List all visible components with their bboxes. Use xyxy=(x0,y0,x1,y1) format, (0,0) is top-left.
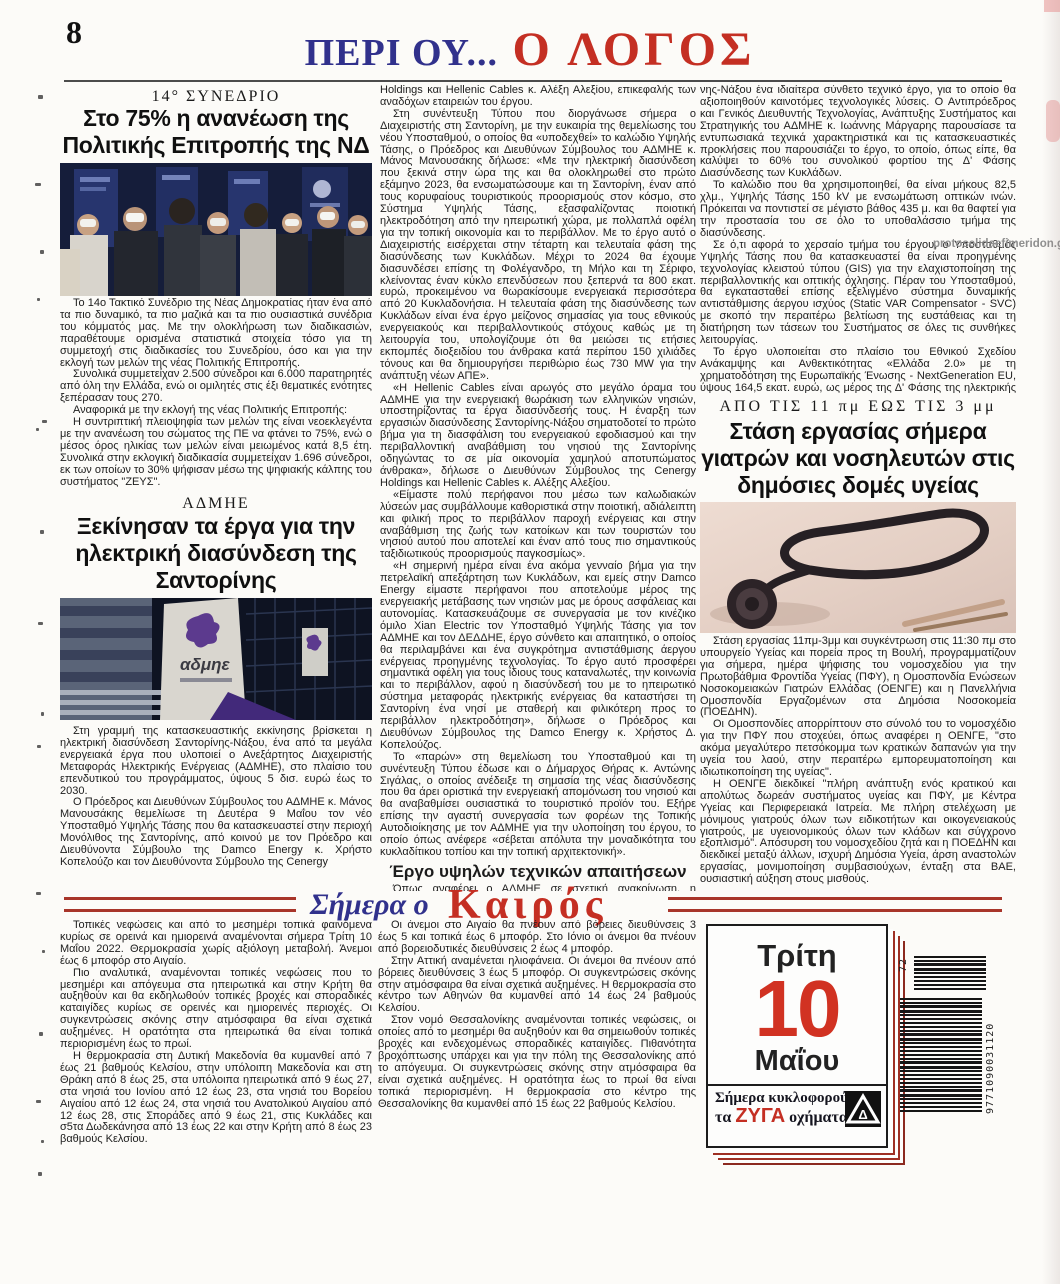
paragraph: Στον νομό Θεσσαλονίκης αναμένονται τοπικ… xyxy=(378,1015,696,1110)
print-artifact xyxy=(41,712,44,716)
print-artifact xyxy=(35,183,41,186)
paragraph: Το έργο υλοποιείται στο πλαίσιο του Εθνι… xyxy=(700,347,1016,393)
paragraph: «Είμαστε πολύ περήφανοι που μέσω των καλ… xyxy=(380,490,696,561)
calendar-note-pre: τα xyxy=(715,1109,735,1126)
paragraph: Η ΟΕΝΓΕ διεκδικεί "πλήρη ανάπτυξη ενός κ… xyxy=(700,779,1016,886)
print-artifact xyxy=(42,420,47,423)
print-artifact xyxy=(41,1140,44,1143)
paragraph: Οι Ομοσπονδίες απορρίπτουν στο σύνολό το… xyxy=(700,719,1016,779)
barcode-number: 9771090031120 xyxy=(985,998,996,1114)
calendar-divider xyxy=(708,1084,886,1086)
paragraph: Η συντριπτική πλειοψηφία των μελών της ε… xyxy=(60,417,372,488)
paragraph: Ο Πρόεδρος και Διευθύνων Σύμβουλος του Α… xyxy=(60,797,372,868)
nd-article-kicker: 14° ΣΥΝΕΔΡΙΟ xyxy=(60,88,372,106)
calendar-note-zyga: ΖΥΓΑ xyxy=(735,1105,785,1127)
nd-article-headline: Στο 75% η ανανέωση της Πολιτικής Επιτροπ… xyxy=(60,105,372,159)
print-artifact xyxy=(36,1100,41,1103)
calendar-card: Τρίτη 10 Μαΐου Σήμερα κυκλοφορούν τα ΖΥΓ… xyxy=(706,924,888,1148)
print-artifact xyxy=(40,530,44,534)
watermark: protoselidaefimeridon.gr xyxy=(933,238,1060,250)
paragraph: «Η σημερινή ημέρα είναι ένα ακόμα γενναί… xyxy=(380,561,696,752)
masthead-paper-title: Ο ΛΟΓΟΣ xyxy=(513,23,756,76)
calendar-note-post: οχήματα xyxy=(785,1109,848,1126)
paragraph: Στάση εργασίας 11πμ-3μμ και συγκέντρωση … xyxy=(700,636,1016,719)
admie-article-headline: Ξεκίνησαν τα έργα για την ηλεκτρική διασ… xyxy=(60,513,372,594)
barcode-top-bars xyxy=(914,956,986,990)
newspaper-page: 8 ΠΕΡΙ ΟΥ... Ο ΛΟΓΟΣ 14° ΣΥΝΕΔΡΙΟ Στο 75… xyxy=(0,0,1060,1284)
print-artifact xyxy=(36,428,39,431)
svg-text:αδμηε: αδμηε xyxy=(180,655,231,674)
print-artifact xyxy=(37,298,40,301)
svg-text:Δ: Δ xyxy=(858,1107,867,1122)
odd-even-triangle-icon: Δ xyxy=(845,1091,881,1127)
paragraph: Στη συνέντευξη Τύπου που διοργάνωσε σήμε… xyxy=(380,109,696,383)
strike-article-kicker: ΑΠΟ ΤΙΣ 11 πμ ΕΩΣ ΤΙΣ 3 μμ xyxy=(700,398,1016,416)
weather-rule-left xyxy=(64,897,296,912)
paragraph: Η θερμοκρασία στη Δυτική Μακεδονία θα κυ… xyxy=(60,1051,372,1146)
print-artifact xyxy=(42,950,45,953)
barcode-main-bars xyxy=(900,998,982,1114)
scan-pink-corner xyxy=(1044,0,1060,12)
paragraph: Στη γραμμή της κατασκευαστικής εκκίνησης… xyxy=(60,726,372,797)
scan-edge-tint xyxy=(1042,0,1060,1284)
paragraph: Το 14ο Τακτικό Συνέδριο της Νέας Δημοκρα… xyxy=(60,298,372,369)
print-artifact xyxy=(37,745,41,748)
masthead-section-title: ΠΕΡΙ ΟΥ... xyxy=(305,32,498,74)
nd-congress-photo xyxy=(60,163,372,296)
admie-article-kicker: ΑΔΜΗΕ xyxy=(60,495,372,513)
admie-article-body-col1: Στη γραμμή της κατασκευαστικής εκκίνησης… xyxy=(60,726,372,890)
masthead-rule xyxy=(64,80,1002,82)
weather-rule-right xyxy=(668,897,1002,912)
nd-congress-photo-svg xyxy=(60,163,372,296)
print-artifact xyxy=(39,1032,43,1036)
paragraph: Σε ό,τι αφορά το χερσαίο τμήμα του έργου… xyxy=(700,240,1016,347)
stethoscope-photo xyxy=(700,502,1016,633)
paragraph: Στην Αττική αναμένεται ηλιοφάνεια. Οι άν… xyxy=(378,956,696,1016)
paragraph: «Η Hellenic Cables είναι αρωγός στο μεγά… xyxy=(380,383,696,490)
paragraph: Το «παρών» στη θεμελίωση του Υποσταθμού … xyxy=(380,752,696,859)
paragraph: νης-Νάξου ένα ιδιαίτερα σύνθετο τεχνικό … xyxy=(700,85,1016,180)
admie-building-photo: αδμηε xyxy=(60,598,372,720)
masthead: ΠΕΡΙ ΟΥ... Ο ΛΟΓΟΣ xyxy=(0,26,1060,74)
weather-body-col2: Οι άνεμοι στο Αιγαίο θα πνέουν από βόρει… xyxy=(378,920,696,1182)
weather-title-part1: Σήμερα ο xyxy=(310,890,429,920)
calendar-date: 10 xyxy=(708,971,886,1047)
barcode-main: 9771090031120 xyxy=(900,998,1000,1118)
strike-article-body: Στάση εργασίας 11πμ-3μμ και συγκέντρωση … xyxy=(700,636,1016,886)
calendar-month: Μαΐου xyxy=(708,1047,886,1076)
scan-pink-mark xyxy=(1046,100,1060,142)
barcode-top-number: 72 xyxy=(898,958,909,972)
print-artifact xyxy=(38,622,43,625)
calendar-note-line2: τα ΖΥΓΑ οχήματα xyxy=(715,1107,842,1127)
paragraph: Πιο αναλυτικά, αναμένονται τοπικές νεφώσ… xyxy=(60,968,372,1051)
nd-article-body: Το 14ο Τακτικό Συνέδριο της Νέας Δημοκρα… xyxy=(60,298,372,491)
weather-body-col1: Τοπικές νεφώσεις και από το μεσημέρι τοπ… xyxy=(60,920,372,1182)
print-artifact xyxy=(38,95,43,99)
print-artifact xyxy=(40,250,44,254)
paragraph: Το καλώδιο που θα χρησιμοποιηθεί, θα είν… xyxy=(700,180,1016,240)
strike-article-headline: Στάση εργασίας σήμερα γιατρών και νοσηλε… xyxy=(700,418,1016,499)
paragraph: Holdings και Hellenic Cables κ. Αλέξη Αλ… xyxy=(380,85,696,109)
print-artifact xyxy=(38,1172,42,1176)
calendar-note: Σήμερα κυκλοφορούν τα ΖΥΓΑ οχήματα Δ xyxy=(708,1090,886,1127)
barcode-top: 72 xyxy=(898,956,998,994)
admie-article-subhead: Έργο υψηλών τεχνικών απαιτήσεων xyxy=(380,862,696,882)
print-artifact xyxy=(36,892,41,895)
admie-building-photo-svg: αδμηε xyxy=(60,598,372,720)
admie-article-body-col2: Holdings και Hellenic Cables κ. Αλέξη Αλ… xyxy=(380,85,696,891)
paragraph: Οι άνεμοι στο Αιγαίο θα πνέουν από βόρει… xyxy=(378,920,696,956)
stethoscope-photo-svg xyxy=(700,502,1016,633)
paragraph: Συνολικά συμμετείχαν 2.500 σύνεδροι και … xyxy=(60,369,372,405)
paragraph: Τοπικές νεφώσεις και από το μεσημέρι τοπ… xyxy=(60,920,372,968)
